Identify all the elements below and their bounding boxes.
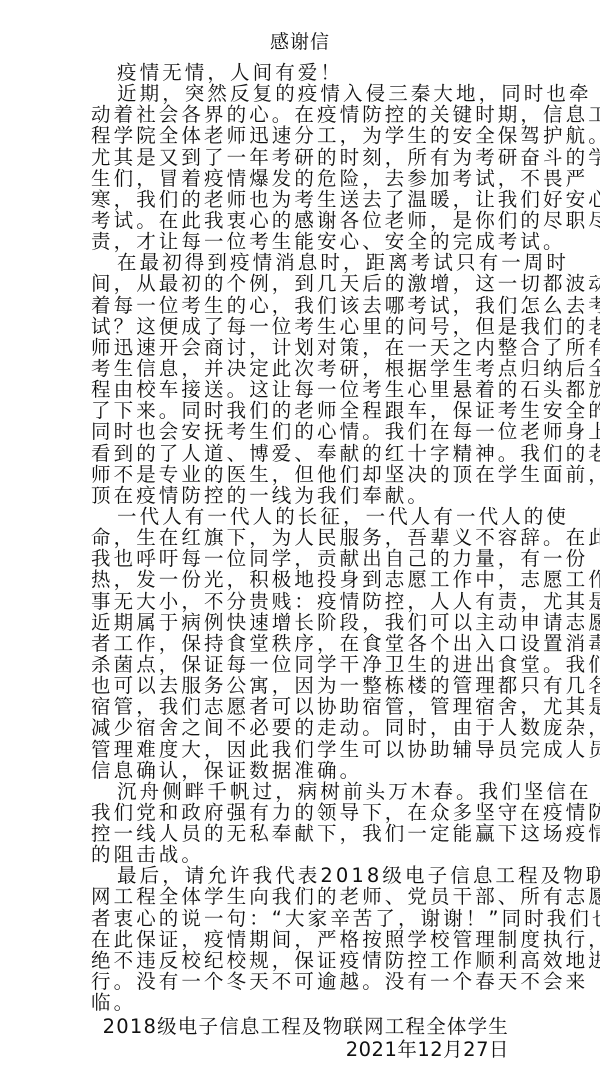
text-line: 热，发一份光，积极地投身到志愿工作中，志愿工作 (91, 569, 521, 590)
text-line: 寒，我们的老师也为考生送去了温暖，让我们好安心 (91, 189, 521, 210)
text-line: 顶在疫情防控的一线为我们奉献。 (91, 485, 521, 506)
text-line: 疫情无情，人间有爱！ (91, 62, 521, 83)
text-line: 师不是专业的医生，但他们却坚决的顶在学生面前， (91, 464, 521, 485)
letter-body: 疫情无情，人间有爱！近期，突然反复的疫情入侵三秦大地，同时也牵动着社会各界的心。… (91, 62, 521, 1013)
text-line: 的阻击战。 (91, 844, 521, 865)
text-line: 生们，冒着疫情爆发的危险，去参加考试，不畏严 (91, 168, 521, 189)
text-line: 信息确认，保证数据准确。 (91, 760, 521, 781)
text-line: 看到的了人道、博爱、奉献的红十字精神。我们的老 (91, 443, 521, 464)
text-line: 考生信息，并决定此次考研，根据学生考点归纳后全 (91, 358, 521, 379)
text-line: 管理难度大，因此我们学生可以协助辅导员完成人员 (91, 739, 521, 760)
text-line: 行。没有一个冬天不可逾越。没有一个春天不会来 (91, 971, 521, 992)
text-line: 宿管，我们志愿者可以协助宿管，管理宿舍，尤其是 (91, 696, 521, 717)
text-line: 在最初得到疫情消息时，距离考试只有一周时 (91, 252, 521, 273)
text-line: 同时也会安抚考生们的心情。我们在每一位老师身上 (91, 421, 521, 442)
text-line: 近期，突然反复的疫情入侵三秦大地，同时也牵 (91, 83, 521, 104)
text-line: 程由校车接送。这让每一位考生心里悬着的石头都放 (91, 379, 521, 400)
text-line: 也可以去服务公寓，因为一整栋楼的管理都只有几名 (91, 675, 521, 696)
text-line: 师迅速开会商讨，计划对策，在一天之内整合了所有 (91, 337, 521, 358)
text-line: 动着社会各界的心。在疫情防控的关键时期，信息工 (91, 104, 521, 125)
text-line: 责，才让每一位考生能安心、安全的完成考试。 (91, 231, 521, 252)
text-line: 事无大小，不分贵贱：疫情防控，人人有责，尤其是 (91, 591, 521, 612)
text-line: 者衷心的说一句：“大家辛苦了，谢谢！”同时我们也 (91, 908, 521, 929)
text-line: 我也呼吁每一位同学，贡献出自己的力量，有一份 (91, 548, 521, 569)
text-line: 我们党和政府强有力的领导下，在众多坚守在疫情防 (91, 802, 521, 823)
text-line: 减少宿舍之间不必要的走动。同时，由于人数庞杂， (91, 717, 521, 738)
signature-organization: 2018级电子信息工程及物联网工程全体学生 (103, 1016, 509, 1038)
text-line: 近期属于病例快速增长阶段，我们可以主动申请志愿 (91, 612, 521, 633)
signature-date: 2021年12月27日 (346, 1039, 509, 1061)
letter-title: 感谢信 (0, 31, 600, 53)
text-line: 试？这便成了每一位考生心里的问号，但是我们的老 (91, 316, 521, 337)
text-line: 考试。在此我衷心的感谢各位老师，是你们的尽职尽 (91, 210, 521, 231)
text-line: 沉舟侧畔千帆过，病树前头万木春。我们坚信在 (91, 781, 521, 802)
text-line: 临。 (91, 992, 521, 1013)
text-line: 控一线人员的无私奉献下，我们一定能赢下这场疫情 (91, 823, 521, 844)
text-line: 程学院全体老师迅速分工，为学生的安全保驾护航。 (91, 125, 521, 146)
text-line: 网工程全体学生向我们的老师、党员干部、所有志愿 (91, 886, 521, 907)
text-line: 绝不违反校纪校规，保证疫情防控工作顺利高效地进 (91, 950, 521, 971)
text-line: 命，生在红旗下，为人民服务，吾辈义不容辞。在此 (91, 527, 521, 548)
text-line: 间，从最初的个例，到几天后的激增，这一切都波动 (91, 273, 521, 294)
text-line: 了下来。同时我们的老师全程跟车，保证考生安全的 (91, 400, 521, 421)
text-line: 一代人有一代人的长征，一代人有一代人的使 (91, 506, 521, 527)
text-line: 着每一位考生的心，我们该去哪考试，我们怎么去考 (91, 295, 521, 316)
text-line: 在此保证，疫情期间，严格按照学校管理制度执行， (91, 929, 521, 950)
text-line: 尤其是又到了一年考研的时刻，所有为考研奋斗的学 (91, 147, 521, 168)
text-line: 者工作，保持食堂秩序，在食堂各个出入口设置消毒 (91, 633, 521, 654)
text-line: 杀菌点，保证每一位同学干净卫生的进出食堂。我们 (91, 654, 521, 675)
text-line: 最后，请允许我代表2018级电子信息工程及物联 (91, 865, 521, 886)
